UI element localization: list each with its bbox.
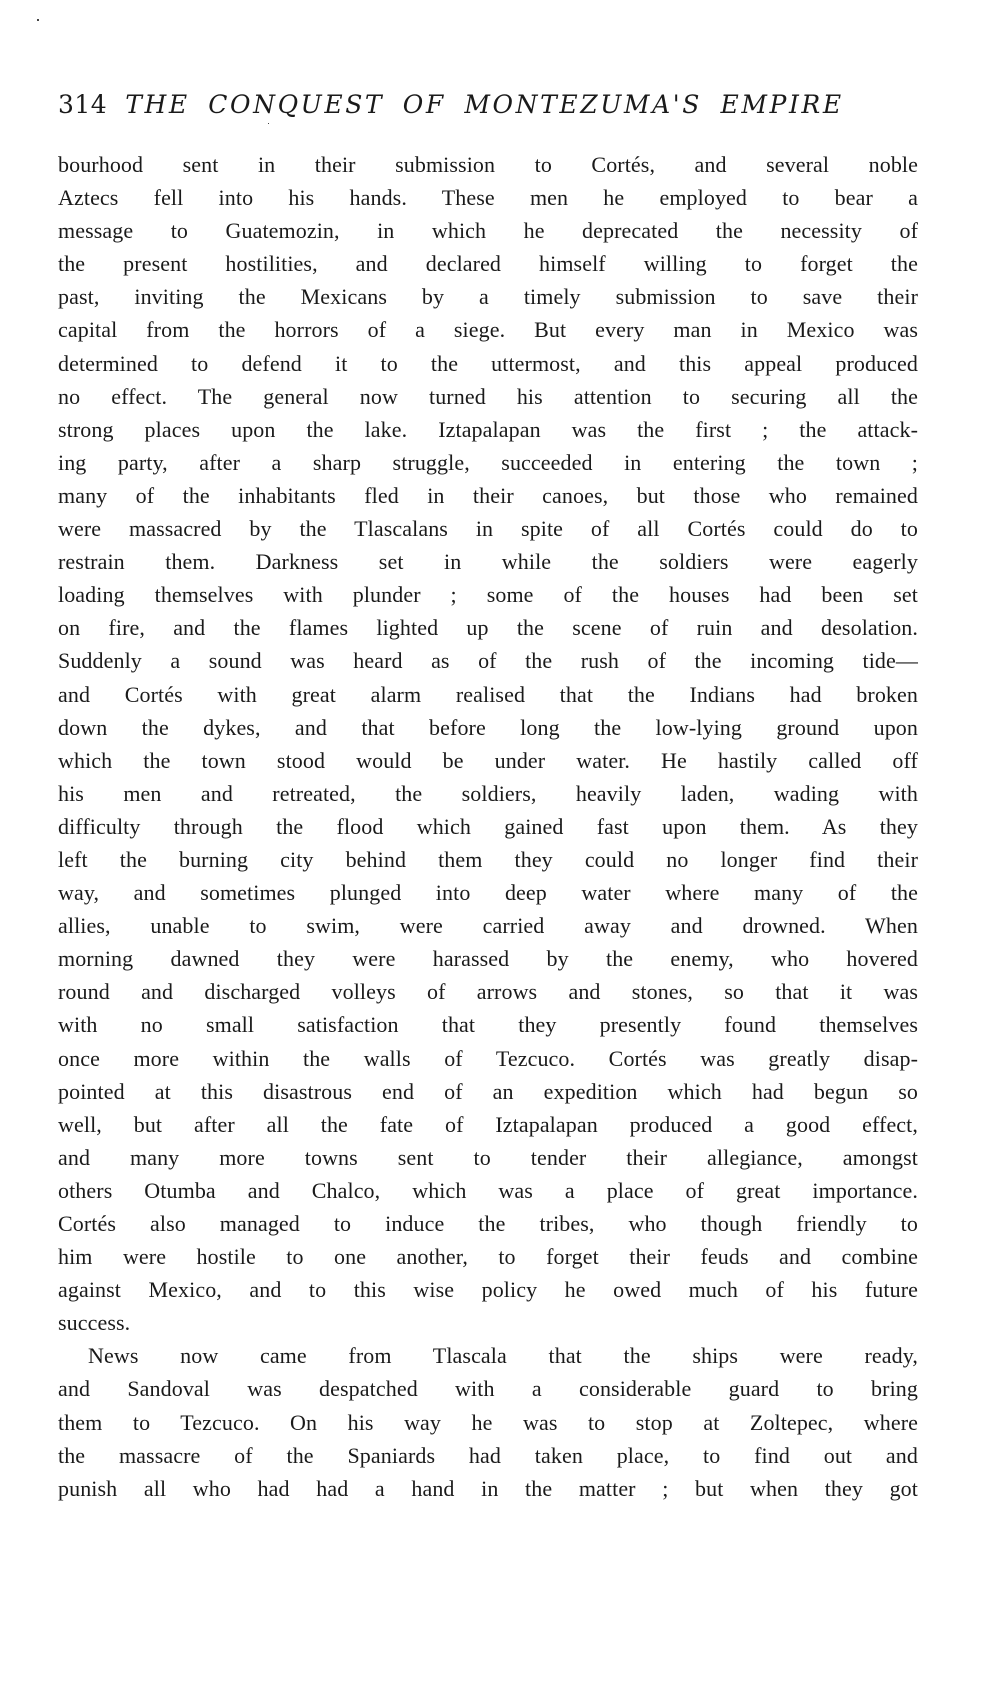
text-line: and many more towns sent to tender their… xyxy=(58,1141,918,1174)
text-line: were massacred by the Tlascalans in spit… xyxy=(58,512,918,545)
text-line: no effect. The general now turned his at… xyxy=(58,380,918,413)
text-line: him were hostile to one another, to forg… xyxy=(58,1240,918,1273)
text-line: with no small satisfaction that they pre… xyxy=(58,1008,918,1041)
text-line: Aztecs fell into his hands. These men he… xyxy=(58,181,918,214)
text-line: bourhood sent in their submission to Cor… xyxy=(58,148,918,181)
text-line: many of the inhabitants fled in their ca… xyxy=(58,479,918,512)
text-line: message to Guatemozin, in which he depre… xyxy=(58,214,918,247)
text-line: determined to defend it to the uttermost… xyxy=(58,347,918,380)
text-line: Cortés also managed to induce the tribes… xyxy=(58,1207,918,1240)
text-line: which the town stood would be under wate… xyxy=(58,744,918,777)
text-line: ing party, after a sharp struggle, succe… xyxy=(58,446,918,479)
text-line: his men and retreated, the soldiers, hea… xyxy=(58,777,918,810)
running-title: THE CONQUEST OF MONTEZUMA'S EMPIRE xyxy=(125,90,843,119)
text-line: difficulty through the flood which gaine… xyxy=(58,810,918,843)
text-line-paragraph-end: success. xyxy=(58,1306,918,1339)
text-line: others Otumba and Chalco, which was a pl… xyxy=(58,1174,918,1207)
text-line: and Cortés with great alarm realised tha… xyxy=(58,678,918,711)
text-line: well, but after all the fate of Iztapala… xyxy=(58,1108,918,1141)
text-line: morning dawned they were harassed by the… xyxy=(58,942,918,975)
text-line: loading themselves with plunder ; some o… xyxy=(58,578,918,611)
text-line: strong places upon the lake. Iztapalapan… xyxy=(58,413,918,446)
text-line: and Sandoval was despatched with a consi… xyxy=(58,1372,918,1405)
page-number: 314 xyxy=(58,90,107,119)
text-line: down the dykes, and that before long the… xyxy=(58,711,918,744)
scan-speck xyxy=(37,19,39,21)
text-line: pointed at this disastrous end of an exp… xyxy=(58,1075,918,1108)
paragraph-2: News now came from Tlascala that the shi… xyxy=(58,1339,918,1504)
text-line: restrain them. Darkness set in while the… xyxy=(58,545,918,578)
text-line: punish all who had had a hand in the mat… xyxy=(58,1472,918,1505)
paragraph-1: bourhood sent in their submission to Cor… xyxy=(58,148,918,1339)
text-line: capital from the horrors of a siege. But… xyxy=(58,313,918,346)
text-line: on fire, and the flames lighted up the s… xyxy=(58,611,918,644)
text-line: left the burning city behind them they c… xyxy=(58,843,918,876)
text-line: against Mexico, and to this wise policy … xyxy=(58,1273,918,1306)
text-line: the present hostilities, and declared hi… xyxy=(58,247,918,280)
text-line-paragraph-start: News now came from Tlascala that the shi… xyxy=(58,1339,918,1372)
text-line: allies, unable to swim, were carried awa… xyxy=(58,909,918,942)
text-line: past, inviting the Mexicans by a timely … xyxy=(58,280,918,313)
text-line: them to Tezcuco. On his way he was to st… xyxy=(58,1406,918,1439)
text-line: round and discharged volleys of arrows a… xyxy=(58,975,918,1008)
text-line: way, and sometimes plunged into deep wat… xyxy=(58,876,918,909)
text-line: the massacre of the Spaniards had taken … xyxy=(58,1439,918,1472)
text-line: Suddenly a sound was heard as of the rus… xyxy=(58,644,918,677)
text-line: once more within the walls of Tezcuco. C… xyxy=(58,1042,918,1075)
running-head: 314 THE CONQUEST OF MONTEZUMA'S EMPIRE xyxy=(58,90,918,126)
body-text: bourhood sent in their submission to Cor… xyxy=(58,148,918,1505)
